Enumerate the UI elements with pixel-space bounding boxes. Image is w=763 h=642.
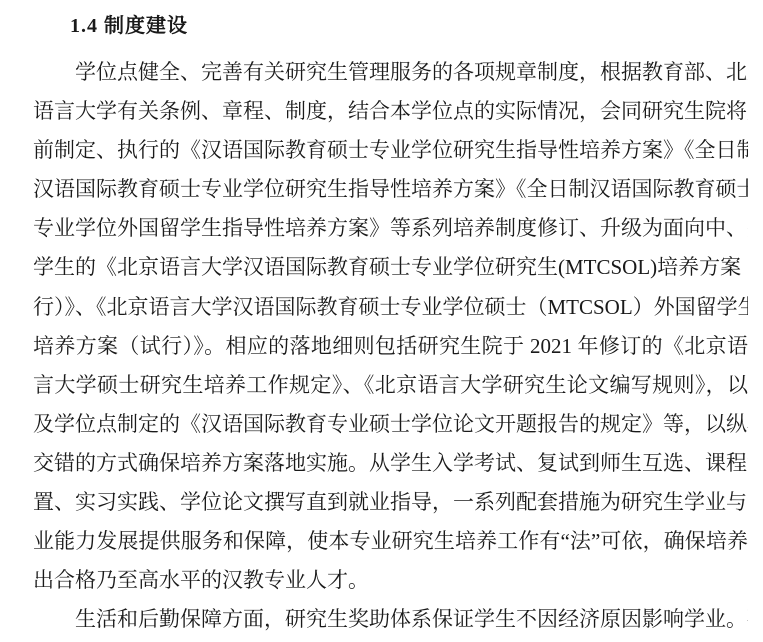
text-line: 及学位点制定的《汉语国际教育专业硕士学位论文开题报告的规定》等，以纵横 xyxy=(33,405,748,444)
text-line: 交错的方式确保培养方案落地实施。从学生入学考试、复试到师生互选、课程设 xyxy=(33,444,748,483)
text-line: 出合格乃至高水平的汉教专业人才。 xyxy=(33,561,748,600)
text-line: 前制定、执行的《汉语国际教育硕士专业学位研究生指导性培养方案》《全日制 xyxy=(33,131,748,170)
document-page: 1.4 制度建设 学位点健全、完善有关研究生管理服务的各项规章制度，根据教育部、… xyxy=(0,0,763,642)
text-line: 学生的《北京语言大学汉语国际教育硕士专业学位研究生(MTCSOL)培养方案（试 xyxy=(33,248,748,287)
text-line: 专业学位外国留学生指导性培养方案》等系列培养制度修订、升级为面向中、外 xyxy=(33,209,748,248)
text-line: 行）》、《北京语言大学汉语国际教育硕士专业学位硕士（MTCSOL）外国留学生 xyxy=(33,288,748,327)
document-body: 学位点健全、完善有关研究生管理服务的各项规章制度，根据教育部、北京语言大学有关条… xyxy=(33,53,748,639)
text-line: 置、实习实践、学位论文撰写直到就业指导，一系列配套措施为研究生学业与专 xyxy=(33,483,748,522)
text-line: 生活和后勤保障方面，研究生奖助体系保证学生不因经济原因影响学业。研 xyxy=(33,600,748,639)
paragraph: 学位点健全、完善有关研究生管理服务的各项规章制度，根据教育部、北京语言大学有关条… xyxy=(33,53,748,600)
text-line: 语言大学有关条例、章程、制度，结合本学位点的实际情况，会同研究生院将先 xyxy=(33,92,748,131)
text-line: 学位点健全、完善有关研究生管理服务的各项规章制度，根据教育部、北京 xyxy=(33,53,748,92)
text-line: 业能力发展提供服务和保障，使本专业研究生培养工作有“法”可依，确保培养 xyxy=(33,522,748,561)
section-heading: 1.4 制度建设 xyxy=(70,12,748,53)
text-line: 培养方案（试行）》。相应的落地细则包括研究生院于 2021 年修订的《北京语 xyxy=(33,327,748,366)
text-line: 汉语国际教育硕士专业学位研究生指导性培养方案》《全日制汉语国际教育硕士 xyxy=(33,170,748,209)
text-line: 言大学硕士研究生培养工作规定》、《北京语言大学研究生论文编写规则》，以 xyxy=(33,366,748,405)
paragraph: 生活和后勤保障方面，研究生奖助体系保证学生不因经济原因影响学业。研 xyxy=(33,600,748,639)
